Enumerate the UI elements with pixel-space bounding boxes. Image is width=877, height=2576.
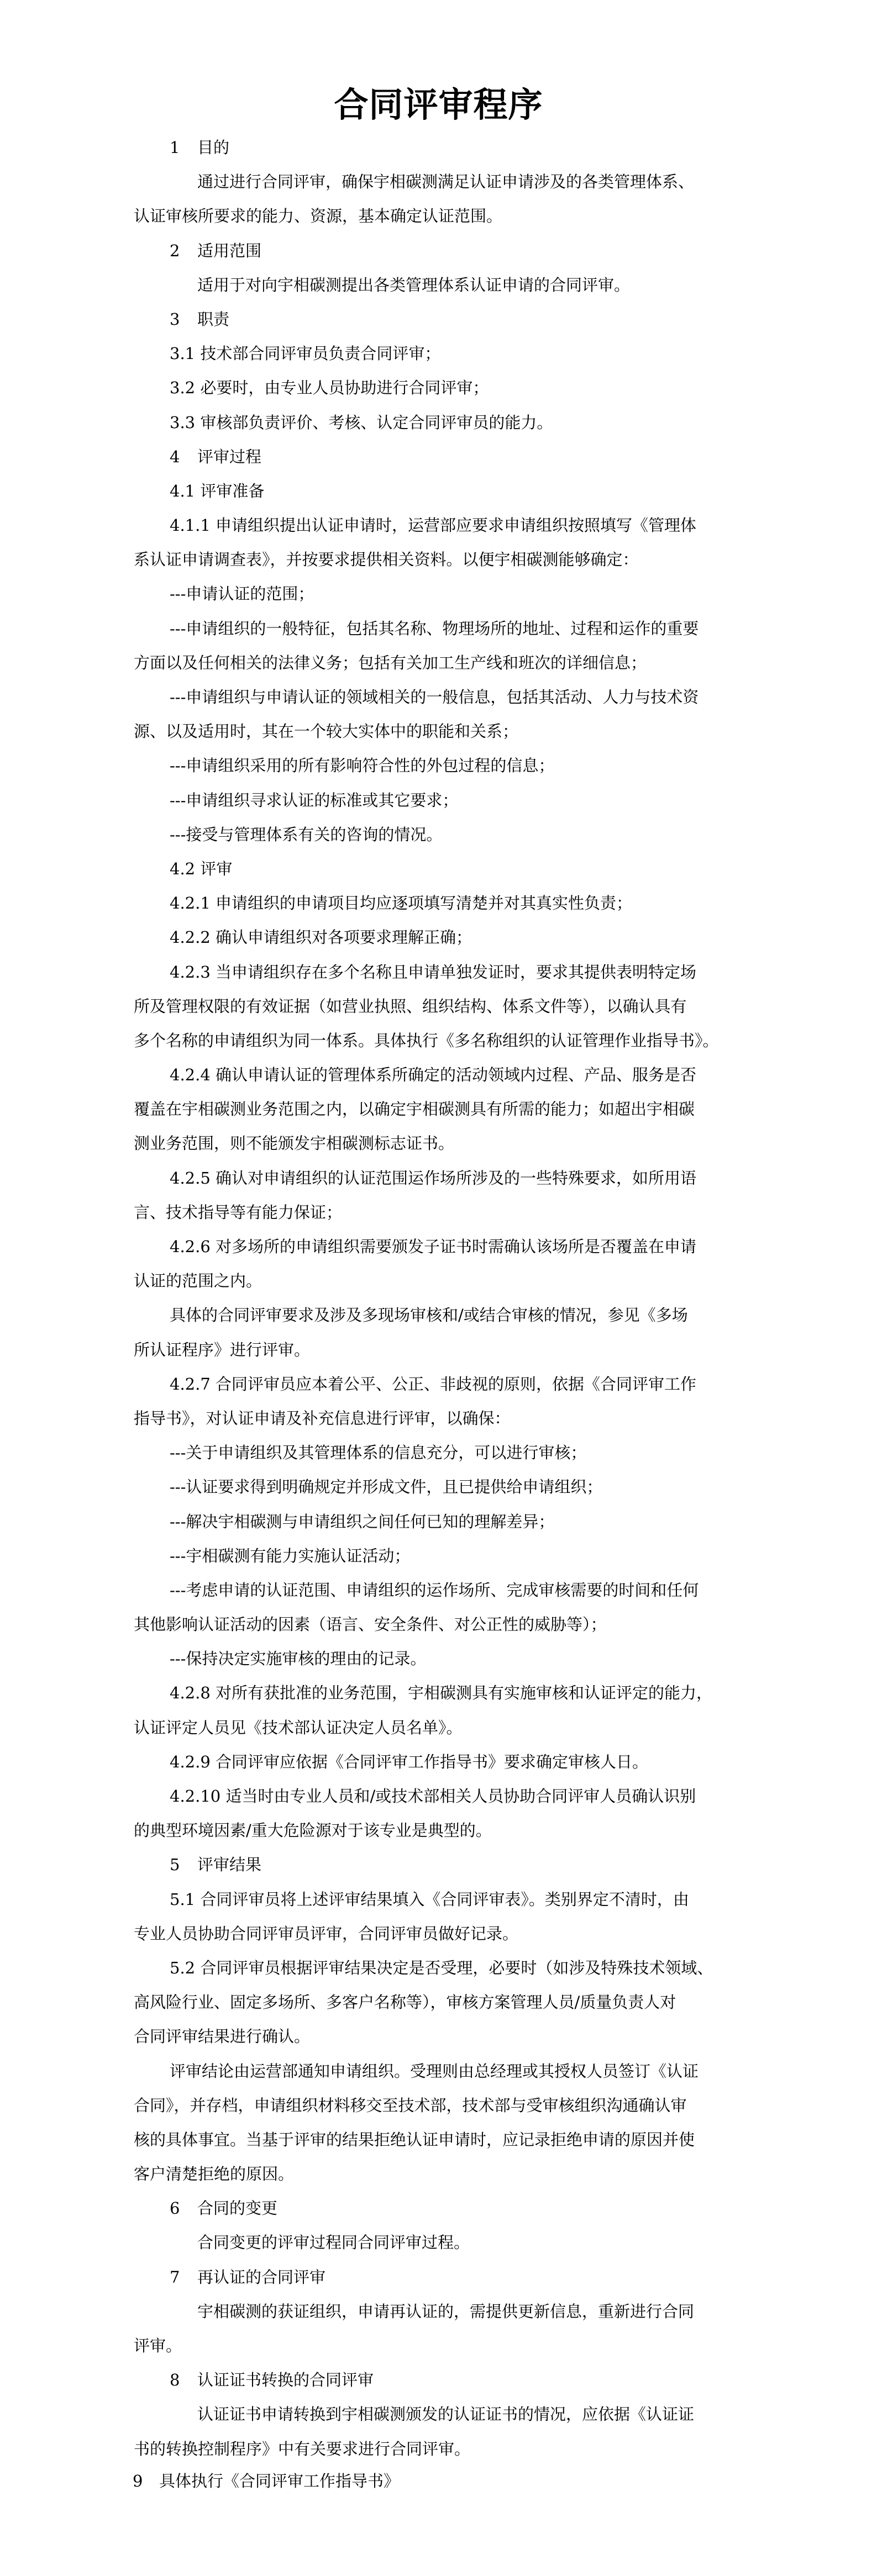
paragraph-continuation-line: 合同》，并存档，申请组织材料移交至技术部，技术部与受审核组织沟通确认审 (134, 2088, 736, 2123)
clause-line: ---申请认证的范围； (134, 577, 736, 611)
clause-line: 3.3 审核部负责评价、考核、认定合同评审员的能力。 (134, 405, 736, 440)
clause-line: 4.2.1 申请组织的申请项目均应逐项填写清楚并对其真实性负责； (134, 886, 736, 920)
clause-line: 4.2.7 合同评审员应本着公平、公正、非歧视的原则，依据《合同评审工作 (134, 1367, 736, 1401)
clause-line: ---保持决定实施审核的理由的记录。 (134, 1641, 736, 1676)
section-heading: 8认证证书转换的合同评审 (134, 2363, 736, 2397)
paragraph-continuation-line: 方面以及任何相关的法律义务；包括有关加工生产线和班次的详细信息； (134, 646, 736, 680)
paragraph-continuation-line: 的典型环境因素/重大危险源对于该专业是典型的。 (134, 1813, 736, 1847)
paragraph-continuation-line: 合同评审结果进行确认。 (134, 2019, 736, 2054)
clause-line: 4.2.9 合同评审应依据《合同评审工作指导书》要求确定审核人日。 (134, 1745, 736, 1779)
paragraph-continuation-line: 指导书》，对认证申请及补充信息进行评审，以确保： (134, 1401, 736, 1435)
clause-line: ---认证要求得到明确规定并形成文件，且已提供给申请组织； (134, 1470, 736, 1504)
section-number: 4 (170, 440, 197, 474)
section-heading-text: 适用范围 (197, 241, 261, 260)
clause-line: 4.2.6 对多场所的申请组织需要颁发子证书时需确认该场所是否覆盖在申请 (134, 1229, 736, 1264)
section-number: 7 (170, 2260, 197, 2294)
section-heading: 1目的 (134, 130, 736, 165)
paragraph-first-line: 通过进行合同评审，确保宇相碳测满足认证申请涉及的各类管理体系、 (134, 165, 736, 199)
clause-line: ---接受与管理体系有关的咨询的情况。 (134, 817, 736, 852)
section-heading-text: 职责 (197, 310, 229, 329)
section-heading: 4评审过程 (134, 440, 736, 474)
clause-line: 4.2.8 对所有获批准的业务范围，宇相碳测具有实施审核和认证评定的能力， (134, 1676, 736, 1710)
section-number: 2 (170, 234, 197, 268)
clause-line: 5.1 合同评审员将上述评审结果填入《合同评审表》。类别界定不清时，由 (134, 1882, 736, 1917)
section-heading-text: 评审结果 (197, 1855, 261, 1874)
clause-line: ---申请组织采用的所有影响符合性的外包过程的信息； (134, 748, 736, 783)
clause-line: 4.2.3 当申请组织存在多个名称且申请单独发证时，要求其提供表明特定场 (134, 955, 736, 989)
paragraph-continuation-line: 其他影响认证活动的因素（语言、安全条件、对公正性的威胁等）； (134, 1607, 736, 1641)
clause-line: 4.2.10 适当时由专业人员和/或技术部相关人员协助合同评审人员确认识别 (134, 1779, 736, 1813)
section-number: 6 (170, 2191, 197, 2225)
section-heading: 7再认证的合同评审 (134, 2260, 736, 2294)
paragraph-continuation-line: 认证审核所要求的能力、资源，基本确定认证范围。 (134, 199, 736, 233)
clause-line: 4.1.1 申请组织提出认证申请时，运营部应要求申请组织按照填写《管理体 (134, 508, 736, 542)
paragraph-continuation-line: 客户清楚拒绝的原因。 (134, 2157, 736, 2191)
clause-line: ---申请组织寻求认证的标准或其它要求； (134, 783, 736, 817)
section-number: 1 (170, 130, 197, 165)
paragraph-continuation-line: 所及管理权限的有效证据（如营业执照、组织结构、体系文件等），以确认具有 (134, 989, 736, 1023)
section-number: 5 (170, 1847, 197, 1882)
section-heading-text: 评审过程 (197, 447, 261, 466)
clause-line: 4.2.4 确认申请认证的管理体系所确定的活动领域内过程、产品、服务是否 (134, 1058, 736, 1092)
paragraph-continuation-line: 认证评定人员见《技术部认证决定人员名单》。 (134, 1711, 736, 1745)
section-text: 具体执行《合同评审工作指导书》 (159, 2472, 400, 2490)
paragraph-continuation-line: 覆盖在宇相碳测业务范围之内，以确定宇相碳测具有所需的能力；如超出宇相碳 (134, 1092, 736, 1126)
clause-line: 评审结论由运营部通知申请组织。受理则由总经理或其授权人员签订《认证 (134, 2054, 736, 2088)
section-heading-text: 合同的变更 (197, 2199, 277, 2218)
section-heading: 5评审结果 (134, 1847, 736, 1882)
paragraph-first-line: 认证证书申请转换到宇相碳测颁发的认证证书的情况，应依据《认证证 (134, 2397, 736, 2431)
clause-line: 具体的合同评审要求及涉及多现场审核和/或结合审核的情况，参见《多场 (134, 1298, 736, 1332)
clause-line: 3.1 技术部合同评审员负责合同评审； (134, 336, 736, 371)
section-heading-text: 再认证的合同评审 (197, 2268, 325, 2287)
section-number: 8 (170, 2363, 197, 2397)
paragraph-continuation-line: 书的转换控制程序》中有关要求进行合同评审。 (134, 2432, 736, 2466)
section-number: 3 (170, 302, 197, 336)
section-heading: 3职责 (134, 302, 736, 336)
paragraph-continuation-line: 专业人员协助合同评审员评审，合同评审员做好记录。 (134, 1917, 736, 1951)
section-heading: 2适用范围 (134, 234, 736, 268)
clause-line: 5.2 合同评审员根据评审结果决定是否受理，必要时（如涉及特殊技术领域、 (134, 1951, 736, 1985)
section-heading: 6合同的变更 (134, 2191, 736, 2225)
clause-line: ---考虑申请的认证范围、申请组织的运作场所、完成审核需要的时间和任何 (134, 1573, 736, 1607)
document-page: 合同评审程序 1目的通过进行合同评审，确保宇相碳测满足认证申请涉及的各类管理体系… (0, 0, 877, 2576)
document-body: 1目的通过进行合同评审，确保宇相碳测满足认证申请涉及的各类管理体系、认证审核所要… (134, 130, 736, 2466)
section-heading-text: 认证证书转换的合同评审 (197, 2371, 374, 2389)
clause-line: ---申请组织与申请认证的领域相关的一般信息，包括其活动、人力与技术资 (134, 680, 736, 714)
paragraph-first-line: 宇相碳测的获证组织，申请再认证的，需提供更新信息，重新进行合同 (134, 2294, 736, 2329)
paragraph-first-line: 合同变更的评审过程同合同评审过程。 (134, 2225, 736, 2260)
clause-line: 4.2 评审 (134, 852, 736, 886)
section-heading-text: 目的 (197, 138, 229, 157)
paragraph-continuation-line: 核的具体事宜。当基于评审的结果拒绝认证申请时，应记录拒绝申请的原因并使 (134, 2123, 736, 2157)
paragraph-continuation-line: 所认证程序》进行评审。 (134, 1333, 736, 1367)
clause-line: ---解决宇相碳测与申请组织之间任何已知的理解差异； (134, 1505, 736, 1539)
paragraph-continuation-line: 多个名称的申请组织为同一体系。具体执行《多名称组织的认证管理作业指导书》。 (134, 1023, 736, 1058)
clause-line: ---申请组织的一般特征，包括其名称、物理场所的地址、过程和运作的重要 (134, 611, 736, 646)
clause-line: 4.2.2 确认申请组织对各项要求理解正确； (134, 920, 736, 954)
paragraph-continuation-line: 评审。 (134, 2329, 736, 2363)
paragraph-continuation-line: 测业务范围，则不能颁发宇相碳测标志证书。 (134, 1126, 736, 1160)
paragraph-continuation-line: 源、以及适用时，其在一个较大实体中的职能和关系； (134, 714, 736, 748)
paragraph-first-line: 适用于对向宇相碳测提出各类管理体系认证申请的合同评审。 (134, 268, 736, 302)
clause-line: ---宇相碳测有能力实施认证活动； (134, 1539, 736, 1573)
clause-line: 4.2.5 确认对申请组织的认证范围运作场所涉及的一些特殊要求，如所用语 (134, 1161, 736, 1195)
paragraph-continuation-line: 高风险行业、固定多场所、多客户名称等），审核方案管理人员/质量负责人对 (134, 1985, 736, 2019)
paragraph-continuation-line: 认证的范围之内。 (134, 1264, 736, 1298)
section-number: 9 (133, 2467, 159, 2495)
paragraph-continuation-line: 言、技术指导等有能力保证； (134, 1195, 736, 1229)
clause-line: 4.1 评审准备 (134, 474, 736, 508)
paragraph-continuation-line: 系认证申请调查表》，并按要求提供相关资料。以便宇相碳测能够确定： (134, 542, 736, 577)
final-section-line: 9具体执行《合同评审工作指导书》 (133, 2467, 400, 2495)
clause-line: 3.2 必要时，由专业人员协助进行合同评审； (134, 371, 736, 405)
document-title: 合同评审程序 (0, 84, 877, 126)
clause-line: ---关于申请组织及其管理体系的信息充分，可以进行审核； (134, 1435, 736, 1470)
